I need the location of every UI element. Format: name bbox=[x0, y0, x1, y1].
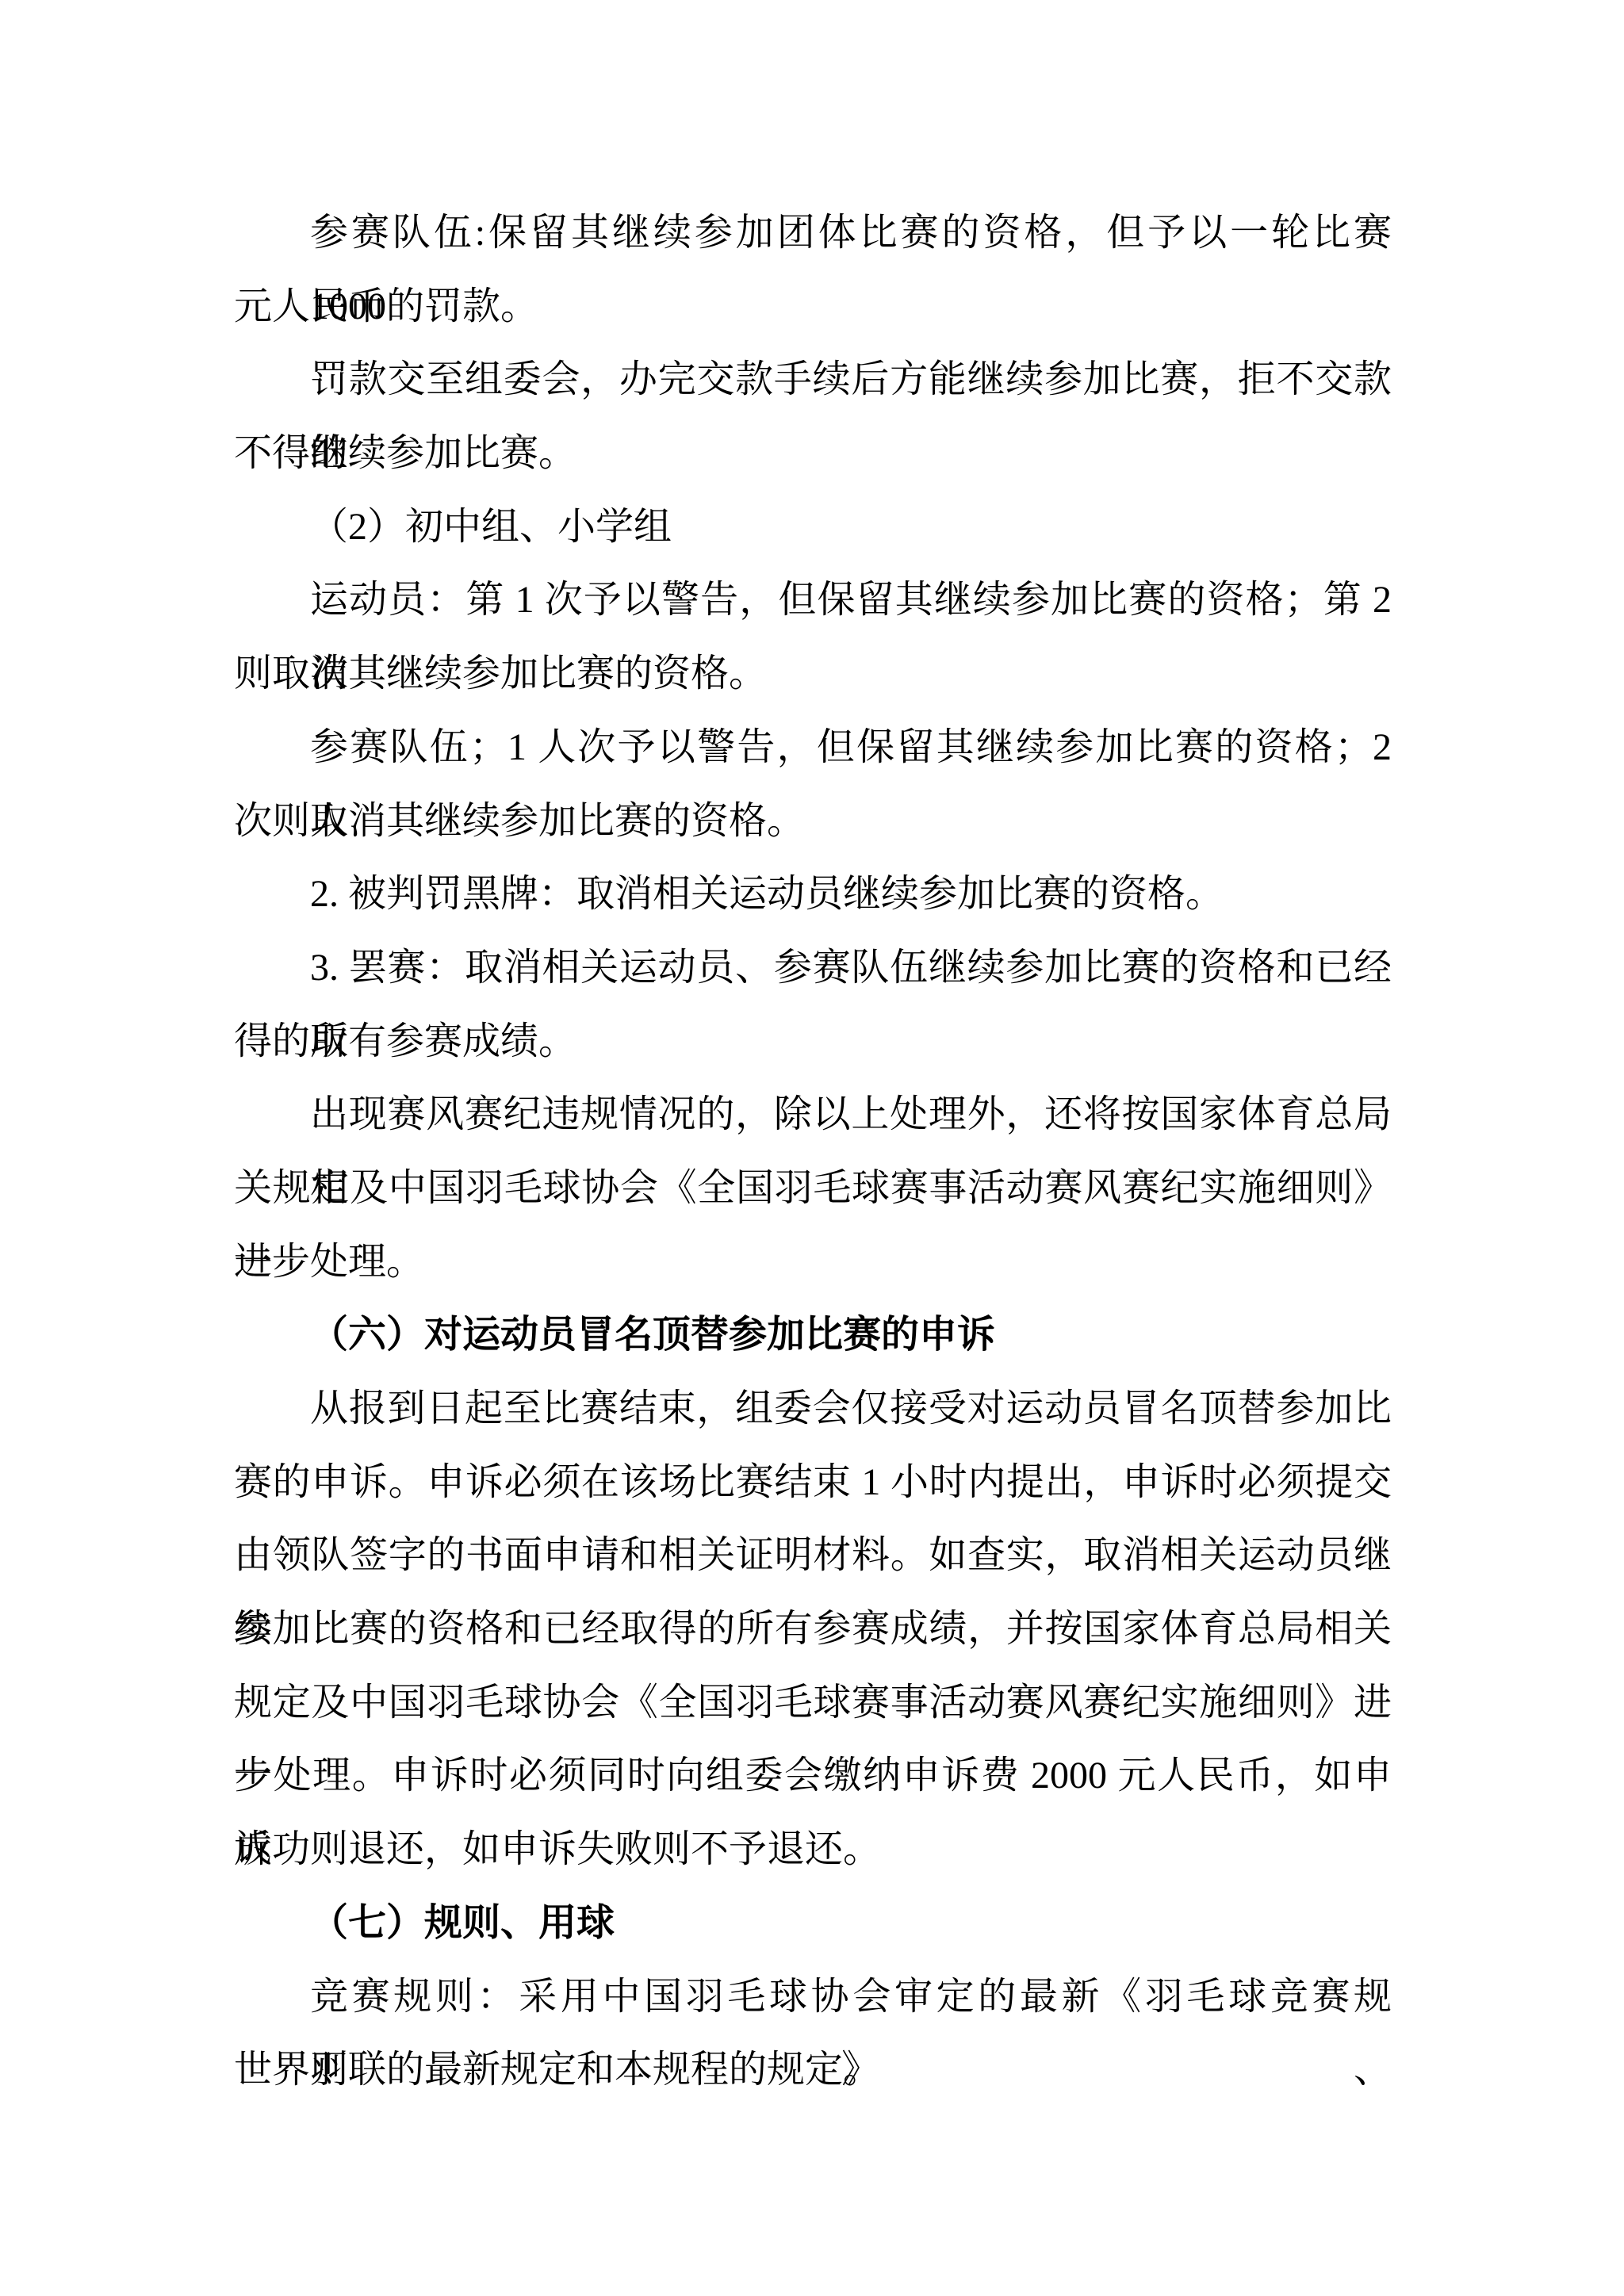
text-line: 参加比赛的资格和已经取得的所有参赛成绩，并按国家体育总局相关 bbox=[234, 1593, 1392, 1667]
text-line: 步处理。申诉时必须同时向组委会缴纳申诉费 2000 元人民币，如申诉 bbox=[234, 1739, 1392, 1813]
text-line: 关规定及中国羽毛球协会《全国羽毛球赛事活动赛风赛纪实施细则》进 bbox=[234, 1152, 1392, 1226]
text-line: 次则取消其继续参加比赛的资格。 bbox=[234, 785, 1392, 859]
text-line: 参赛队伍；1 人次予以警告，但保留其继续参加比赛的资格；2 人 bbox=[234, 711, 1392, 785]
text-line: 2. 被判罚黑牌：取消相关运动员继续参加比赛的资格。 bbox=[234, 858, 1392, 932]
text-line: 从报到日起至比赛结束，组委会仅接受对运动员冒名顶替参加比 bbox=[234, 1372, 1392, 1446]
text-line: 由领队签字的书面申请和相关证明材料。如查实，取消相关运动员继续 bbox=[234, 1519, 1392, 1593]
section-heading: （六）对运动员冒名顶替参加比赛的申诉 bbox=[234, 1299, 1392, 1372]
text-line: 罚款交至组委会，办完交款手续后方能继续参加比赛，拒不交款的 bbox=[234, 343, 1392, 417]
text-line: 参赛队伍:保留其继续参加团体比赛的资格，但予以一轮比赛 1000 bbox=[234, 197, 1392, 270]
text-line: 则取消其继续参加比赛的资格。 bbox=[234, 637, 1392, 711]
document-page: 参赛队伍:保留其继续参加团体比赛的资格，但予以一轮比赛 1000元人民币的罚款。… bbox=[0, 0, 1624, 2296]
text-line: 竞赛规则：采用中国羽毛球协会审定的最新《羽毛球竞赛规则》、 bbox=[234, 1961, 1392, 2034]
text-line: 3. 罢赛：取消相关运动员、参赛队伍继续参加比赛的资格和已经取 bbox=[234, 932, 1392, 1005]
text-line: 运动员：第 1 次予以警告，但保留其继续参加比赛的资格；第 2 次 bbox=[234, 564, 1392, 637]
text-line: 规定及中国羽毛球协会《全国羽毛球赛事活动赛风赛纪实施细则》进一 bbox=[234, 1667, 1392, 1740]
text-line: 得的所有参赛成绩。 bbox=[234, 1005, 1392, 1079]
section-heading: （七）规则、用球 bbox=[234, 1887, 1392, 1961]
text-line: （2）初中组、小学组 bbox=[234, 491, 1392, 564]
text-line: 赛的申诉。申诉必须在该场比赛结束 1 小时内提出，申诉时必须提交 bbox=[234, 1446, 1392, 1520]
text-line: 一步处理。 bbox=[234, 1226, 1392, 1299]
document-content: 参赛队伍:保留其继续参加团体比赛的资格，但予以一轮比赛 1000元人民币的罚款。… bbox=[234, 197, 1392, 2107]
text-line: 成功则退还，如申诉失败则不予退还。 bbox=[234, 1813, 1392, 1887]
text-line: 不得继续参加比赛。 bbox=[234, 417, 1392, 491]
text-line: 元人民币的罚款。 bbox=[234, 270, 1392, 344]
text-line: 出现赛风赛纪违规情况的，除以上处理外，还将按国家体育总局相 bbox=[234, 1078, 1392, 1152]
